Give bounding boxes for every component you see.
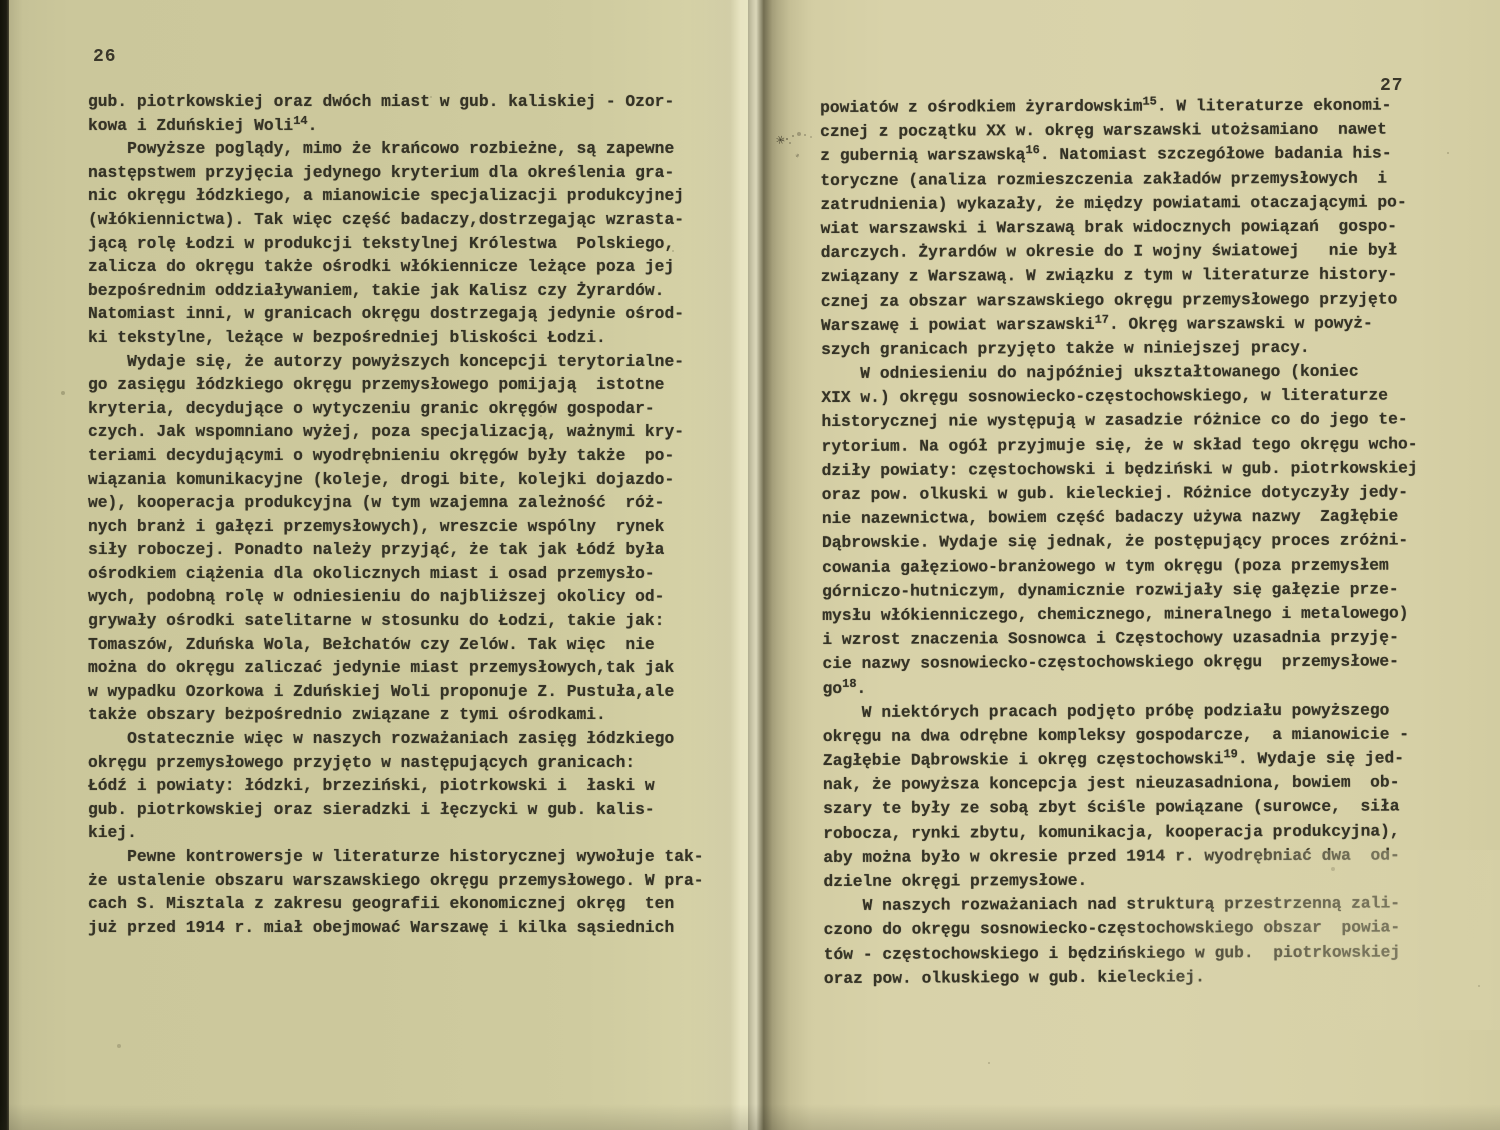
- text-line: cowania gałęziowo-branżowego w tym okręg…: [822, 553, 1418, 580]
- text-line: nic okręgu łódzkiego, a mianowicie specj…: [88, 184, 704, 208]
- text-line: Tomaszów, Zduńska Wola, Bełchatów czy Ze…: [88, 633, 704, 657]
- text-line: już przed 1914 r. miał obejmować Warszaw…: [88, 916, 704, 940]
- text-line: bezpośrednim oddziaływaniem, takie jak K…: [88, 279, 704, 303]
- book-scan-photo: 26 27 gub. piotrkowskiej oraz dwóch mias…: [0, 0, 1500, 1130]
- text-line: wiat warszawski i Warszawą brak widoczny…: [821, 214, 1417, 241]
- text-line: dziły powiaty: częstochowski i będziński…: [822, 456, 1418, 483]
- text-line: teriami decydującymi o wyodrębnieniu okr…: [88, 444, 704, 468]
- text-line: gub. piotrkowskiej oraz sieradzki i łęcz…: [88, 798, 704, 822]
- text-line: Natomiast inni, w granicach okręgu dostr…: [88, 302, 704, 326]
- page-right-body-text: powiatów z ośrodkiem żyrardowskim15. W l…: [820, 93, 1420, 991]
- text-line: kowa i Zduńskiej Woli14.: [88, 114, 704, 138]
- text-line: zalicza do okręgu także ośrodki włókienn…: [88, 255, 704, 279]
- text-line: cznej za obszar warszawskiego okręgu prz…: [821, 287, 1417, 314]
- text-line: robocza, rynki zbytu, komunikacja, koope…: [823, 819, 1419, 846]
- text-line: ki tekstylne, leżące w bezpośredniej bli…: [88, 326, 704, 350]
- text-line: mysłu włókienniczego, chemicznego, miner…: [822, 601, 1418, 628]
- text-line: rytorium. Na ogół przyjmuje się, że w sk…: [821, 432, 1417, 459]
- text-line: darczych. Żyrardów w okresie do I wojny …: [821, 239, 1417, 266]
- text-line: górniczo-hutniczym, dynamicznie rozwijał…: [822, 577, 1418, 604]
- ink-smudge-dots: [786, 138, 788, 140]
- text-line: cznej z początku XX w. okręg warszawski …: [820, 118, 1416, 145]
- text-line: jącą rolę Łodzi w produkcji tekstylnej K…: [88, 232, 704, 256]
- text-line: gub. piotrkowskiej oraz dwóch miast w gu…: [88, 90, 704, 114]
- page-left-body-text: gub. piotrkowskiej oraz dwóch miast w gu…: [88, 90, 704, 939]
- text-line: ośrodkiem ciążenia dla okolicznych miast…: [88, 562, 704, 586]
- text-line: cie nazwy sosnowiecko-częstochowskiego o…: [822, 650, 1418, 677]
- text-line: wiązania komunikacyjne (koleje, drogi bi…: [88, 468, 704, 492]
- text-line: i wzrost znaczenia Sosnowca i Częstochow…: [822, 626, 1418, 653]
- text-line: tów - częstochowskiego i będzińskiego w …: [824, 940, 1420, 967]
- text-line: W naszych rozważaniach nad strukturą prz…: [823, 892, 1419, 919]
- text-line: z gubernią warszawską16. Natomiast szcze…: [820, 142, 1416, 169]
- text-line: Powyższe poglądy, mimo że krańcowo rozbi…: [88, 137, 704, 161]
- text-line: W odniesieniu do najpóźniej ukształtowan…: [821, 359, 1417, 386]
- text-line: nie nazewnictwa, bowiem część badaczy uż…: [822, 505, 1418, 532]
- text-line: dzielne okręgi przemysłowe.: [823, 867, 1419, 894]
- text-line: okręgu na dwa odrębne kompleksy gospodar…: [823, 722, 1419, 749]
- text-line: nych branż i gałęzi przemysłowych), wres…: [88, 515, 704, 539]
- text-line: okręgu przemysłowego przyjęto w następuj…: [88, 751, 704, 775]
- text-line: Łódź i powiaty: łódzki, brzeziński, piot…: [88, 774, 704, 798]
- text-line: że ustalenie obszaru warszawskiego okręg…: [88, 869, 704, 893]
- text-line: kiej.: [88, 821, 704, 845]
- text-line: czych. Jak wspomniano wyżej, poza specja…: [88, 420, 704, 444]
- text-line: czono do okręgu sosnowiecko-częstochowsk…: [824, 916, 1420, 943]
- text-line: Wydaje się, że autorzy powyższych koncep…: [88, 350, 704, 374]
- text-line: siły roboczej. Ponadto należy przyjąć, ż…: [88, 538, 704, 562]
- text-line: wych, podobną rolę w odniesieniu do najb…: [88, 585, 704, 609]
- text-line: związany z Warszawą. W związku z tym w l…: [821, 263, 1417, 290]
- text-line: XIX w.) okręgu sosnowiecko-częstochowski…: [821, 384, 1417, 411]
- text-line: toryczne (analiza rozmieszczenia zakładó…: [820, 166, 1416, 193]
- text-line: szych granicach przyjęto także w niniejs…: [821, 335, 1417, 362]
- text-line: zatrudnienia) wykazały, że między powiat…: [820, 190, 1416, 217]
- scan-edge: [0, 0, 9, 1130]
- text-line: go18.: [823, 674, 1419, 701]
- text-line: we), kooperacja produkcyjna (w tym wzaje…: [88, 491, 704, 515]
- page-number-left: 26: [93, 47, 117, 67]
- text-line: aby można było w okresie przed 1914 r. w…: [823, 843, 1419, 870]
- text-line: go zasięgu łódzkiego okręgu przemysłoweg…: [88, 373, 704, 397]
- text-line: oraz pow. olkuski w gub. kieleckiej. Róż…: [822, 480, 1418, 507]
- text-line: nak, że powyższa koncepcja jest nieuzasa…: [823, 771, 1419, 798]
- text-line: Warszawę i powiat warszawski17. Okręg wa…: [821, 311, 1417, 338]
- text-line: w wypadku Ozorkowa i Zduńskiej Woli prop…: [88, 680, 704, 704]
- text-line: powiatów z ośrodkiem żyrardowskim15. W l…: [820, 93, 1416, 120]
- text-line: następstwem przyjęcia jedynego kryterium…: [88, 161, 704, 185]
- text-line: (włókiennictwa). Tak więc część badaczy,…: [88, 208, 704, 232]
- text-line: historycznej nie występują w zasadzie ró…: [821, 408, 1417, 435]
- text-line: można do okręgu zaliczać jedynie miast p…: [88, 656, 704, 680]
- text-line: Zagłębie Dąbrowskie i okręg częstochowsk…: [823, 746, 1419, 773]
- text-line: także obszary bezpośrednio związane z ty…: [88, 703, 704, 727]
- text-line: Dąbrowskie. Wydaje się jednak, że postęp…: [822, 529, 1418, 556]
- text-line: oraz pow. olkuskiego w gub. kieleckiej.: [824, 964, 1420, 991]
- text-line: Pewne kontrowersje w literaturze history…: [88, 845, 704, 869]
- text-line: szary te były ze sobą zbyt ściśle powiąz…: [823, 795, 1419, 822]
- text-line: grywały ośrodki satelitarne w stosunku d…: [88, 609, 704, 633]
- text-line: cach S. Misztala z zakresu geografii eko…: [88, 892, 704, 916]
- text-line: W niektórych pracach podjęto próbę podzi…: [823, 698, 1419, 725]
- text-line: kryteria, decydujące o wytyczeniu granic…: [88, 397, 704, 421]
- text-line: Ostatecznie więc w naszych rozważaniach …: [88, 727, 704, 751]
